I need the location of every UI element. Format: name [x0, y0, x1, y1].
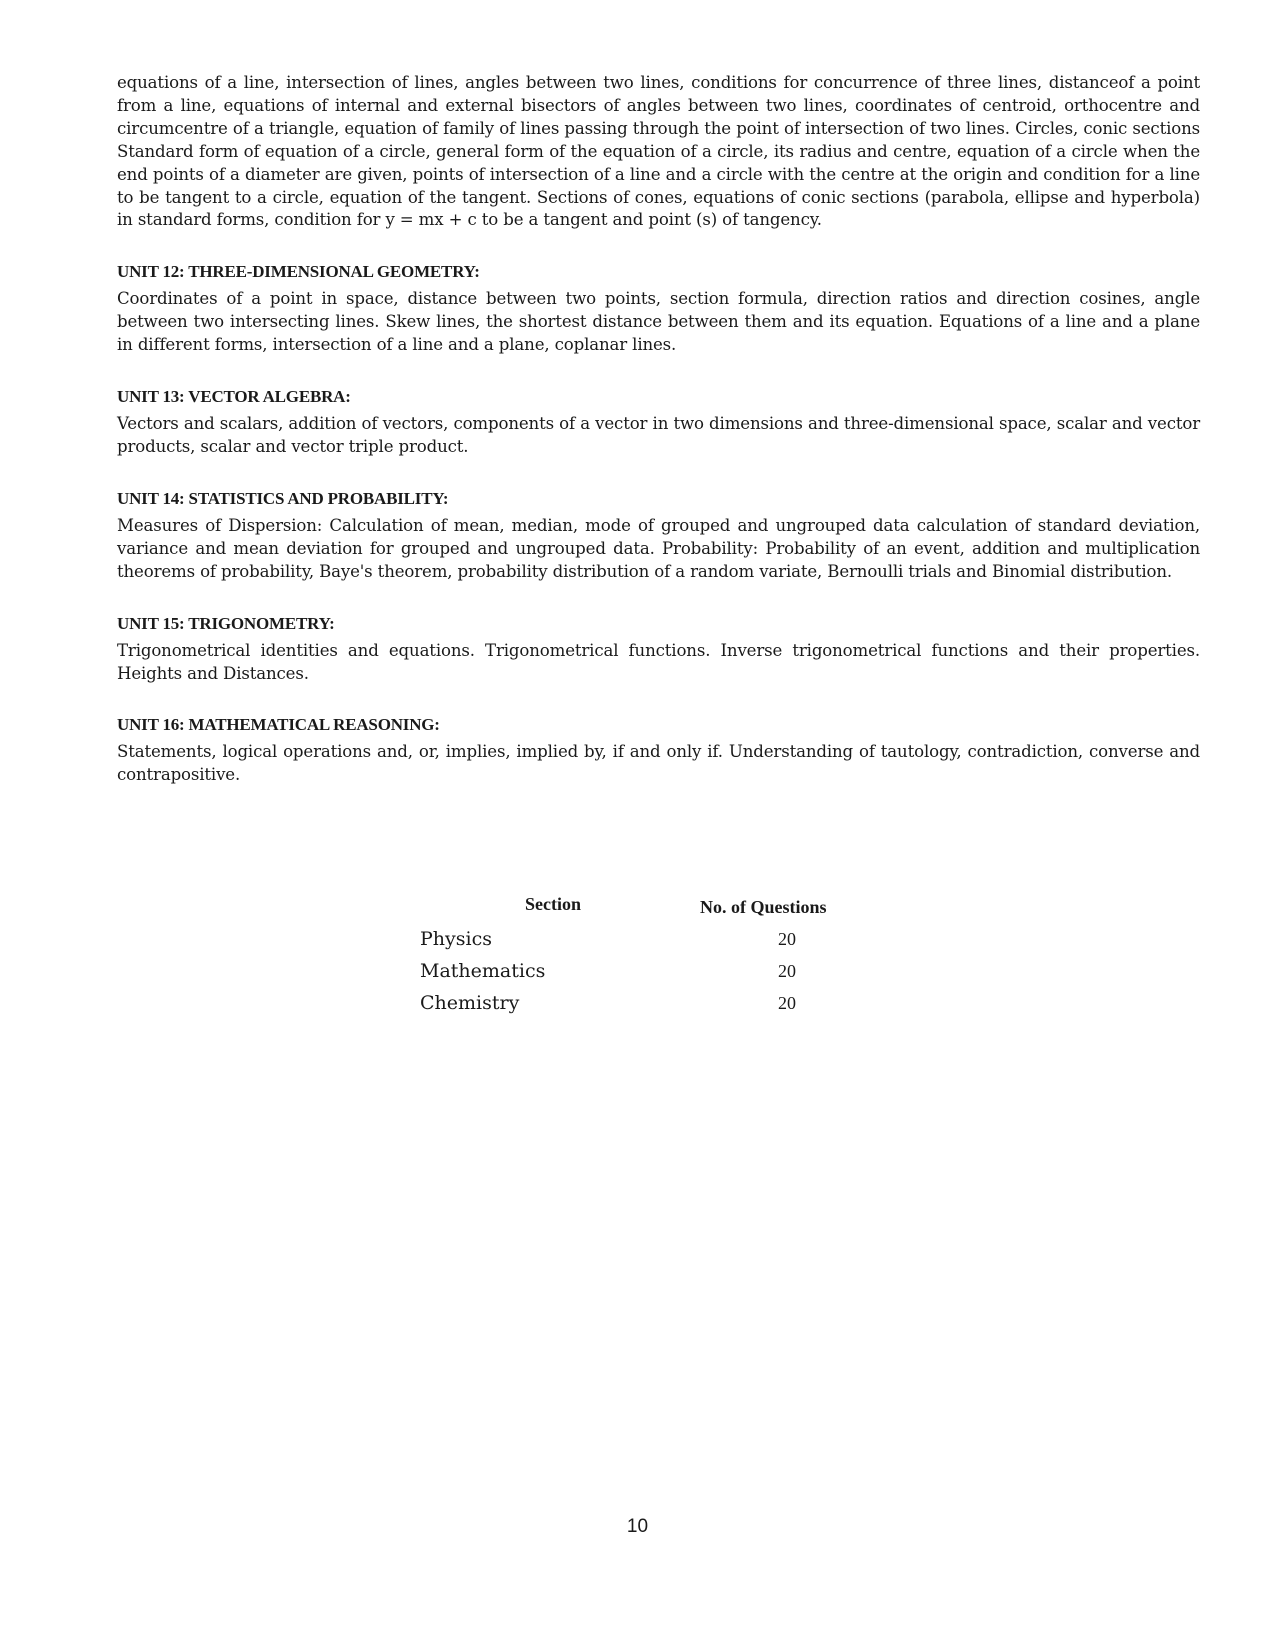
unit-15: UNIT 15: TRIGONOMETRY: Trigonometrical i…: [117, 614, 1200, 686]
table-row: Chemistry 20: [420, 992, 900, 1024]
unit-title: UNIT 16: MATHEMATICAL REASONING:: [117, 715, 1200, 735]
unit-16: UNIT 16: MATHEMATICAL REASONING: Stateme…: [117, 715, 1200, 787]
header-section: Section: [420, 894, 700, 928]
unit-body: Trigonometrical identities and equations…: [117, 640, 1200, 686]
unit-title: UNIT 13: VECTOR ALGEBRA:: [117, 387, 1200, 407]
unit-body: Coordinates of a point in space, distanc…: [117, 288, 1200, 357]
table-row: Physics 20: [420, 928, 900, 960]
header-count: No. of Questions: [700, 894, 827, 928]
section-name: Chemistry: [420, 992, 700, 1014]
section-name: Physics: [420, 928, 700, 950]
intro-paragraph: equations of a line, intersection of lin…: [117, 72, 1200, 232]
section-name: Mathematics: [420, 960, 700, 982]
unit-title: UNIT 15: TRIGONOMETRY:: [117, 614, 1200, 634]
document-page: equations of a line, intersection of lin…: [117, 72, 1200, 787]
page-number: 10: [0, 1516, 1275, 1538]
unit-12: UNIT 12: THREE-DIMENSIONAL GEOMETRY: Coo…: [117, 262, 1200, 357]
question-count: 20: [700, 993, 900, 1014]
questions-table: Section No. of Questions Physics 20 Math…: [420, 894, 900, 1024]
unit-13: UNIT 13: VECTOR ALGEBRA: Vectors and sca…: [117, 387, 1200, 459]
question-count: 20: [700, 961, 900, 982]
unit-body: Vectors and scalars, addition of vectors…: [117, 413, 1200, 459]
unit-title: UNIT 14: STATISTICS AND PROBABILITY:: [117, 489, 1200, 509]
unit-body: Measures of Dispersion: Calculation of m…: [117, 515, 1200, 584]
question-count: 20: [700, 929, 900, 950]
unit-14: UNIT 14: STATISTICS AND PROBABILITY: Mea…: [117, 489, 1200, 584]
table-header: Section No. of Questions: [420, 894, 900, 928]
unit-body: Statements, logical operations and, or, …: [117, 741, 1200, 787]
unit-title: UNIT 12: THREE-DIMENSIONAL GEOMETRY:: [117, 262, 1200, 282]
table-row: Mathematics 20: [420, 960, 900, 992]
